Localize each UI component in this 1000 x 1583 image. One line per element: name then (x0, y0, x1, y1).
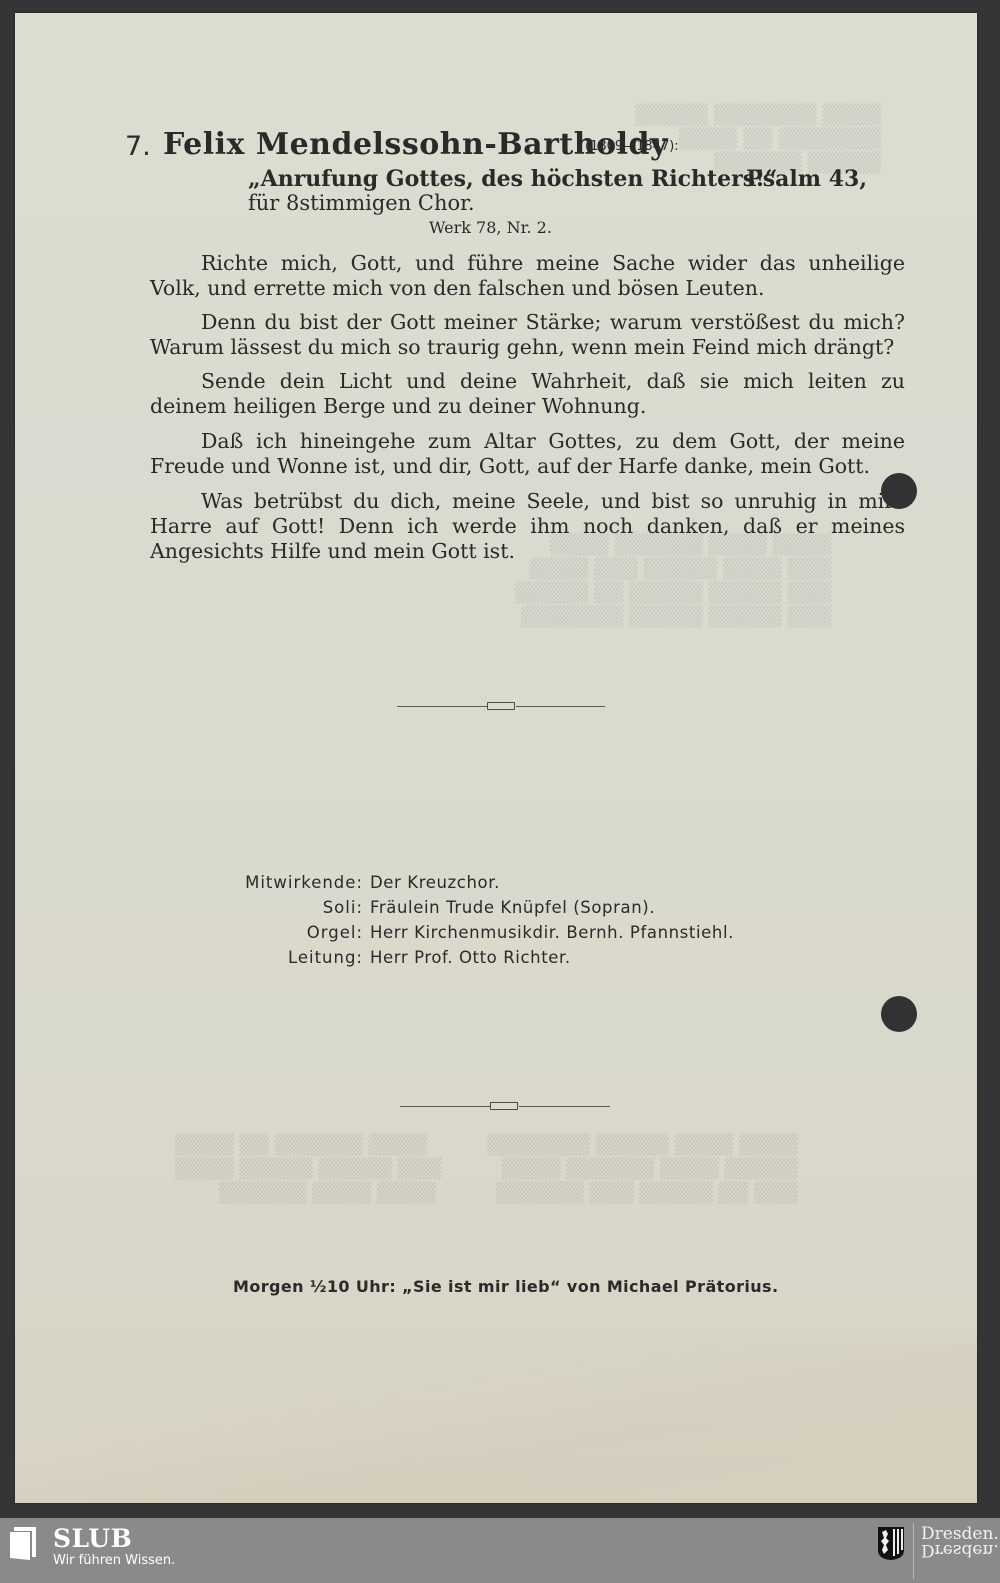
credit-row: Mitwirkende: Der Kreuzchor. (195, 873, 835, 898)
document-page: ▒▒▒▒ ▒▒▒▒▒▒▒ ▒▒▒▒▒▒▒▒▒▒▒▒ ▒▒ ▒▒▒▒▒▒▒▒▒ ▒… (15, 13, 977, 1503)
next-day-announcement: Morgen ½10 Uhr: „Sie ist mir lieb“ von M… (233, 1277, 778, 1296)
verse-text: Denn du bist der Gott meiner Stärke; war… (150, 310, 905, 359)
ornamental-divider (400, 1102, 610, 1112)
verse-4: Daß ich hineingehe zum Altar Gottes, zu … (150, 429, 905, 479)
opus-number: Werk 78, Nr. 2. (429, 218, 552, 237)
scoring: für 8stimmigen Chor. (248, 191, 475, 215)
verse-3: Sende dein Licht und deine Wahrheit, daß… (150, 369, 905, 419)
psalm-reference: Psalm 43, (746, 166, 867, 192)
verse-text: Sende dein Licht und deine Wahrheit, daß… (150, 369, 905, 418)
bleed-through-decoration: ▒▒▒▒ ▒▒▒▒ ▒▒▒▒▒ ▒▒▒▒▒▒▒ ▒▒▒▒ ▒▒▒▒▒▒ ▒▒ ▒… (175, 1133, 798, 1205)
dresden-crest-icon (877, 1526, 905, 1561)
slub-brand[interactable]: SLUB (53, 1524, 132, 1553)
ornamental-divider (397, 702, 605, 712)
credit-row: Leitung: Herr Prof. Otto Richter. (195, 948, 835, 973)
verse-5: Was betrübst du dich, meine Seele, und b… (150, 489, 905, 564)
verse-text: Richte mich, Gott, und führe meine Sache… (150, 251, 905, 300)
item-number: 7. (125, 131, 151, 162)
slub-book-icon (10, 1527, 40, 1560)
credit-value: Herr Prof. Otto Richter. (370, 948, 571, 967)
composer-years: (1809—1847): (585, 139, 679, 154)
punch-hole (881, 473, 917, 509)
credit-label: Soli: (323, 898, 363, 917)
verse-2: Denn du bist der Gott meiner Stärke; war… (150, 310, 905, 360)
credit-row: Soli: Fräulein Trude Knüpfel (Sopran). (195, 898, 835, 923)
dresden-logo-mirror: Dresden. (921, 1542, 999, 1558)
credit-value: Fräulein Trude Knüpfel (Sopran). (370, 898, 655, 917)
credit-label: Leitung: (288, 948, 363, 967)
verse-text: Was betrübst du dich, meine Seele, und b… (150, 489, 905, 563)
credit-label: Mitwirkende: (245, 873, 363, 892)
credit-label: Orgel: (307, 923, 363, 942)
punch-hole (881, 996, 917, 1032)
footer-separator (913, 1523, 914, 1579)
credit-value: Der Kreuzchor. (370, 873, 500, 892)
footer-bar: SLUB Wir führen Wissen. Dresden. Dresden… (0, 1518, 1000, 1583)
verse-1: Richte mich, Gott, und führe meine Sache… (150, 251, 905, 301)
work-title: „Anrufung Gottes, des höchsten Richters!… (248, 166, 777, 192)
credit-value: Herr Kirchenmusikdir. Bernh. Pfannstiehl… (370, 923, 734, 942)
slub-tagline: Wir führen Wissen. (53, 1553, 175, 1568)
verse-text: Daß ich hineingehe zum Altar Gottes, zu … (150, 429, 905, 478)
credit-row: Orgel: Herr Kirchenmusikdir. Bernh. Pfan… (195, 923, 835, 948)
performers-list: Mitwirkende: Der Kreuzchor. Soli: Fräule… (195, 873, 835, 973)
